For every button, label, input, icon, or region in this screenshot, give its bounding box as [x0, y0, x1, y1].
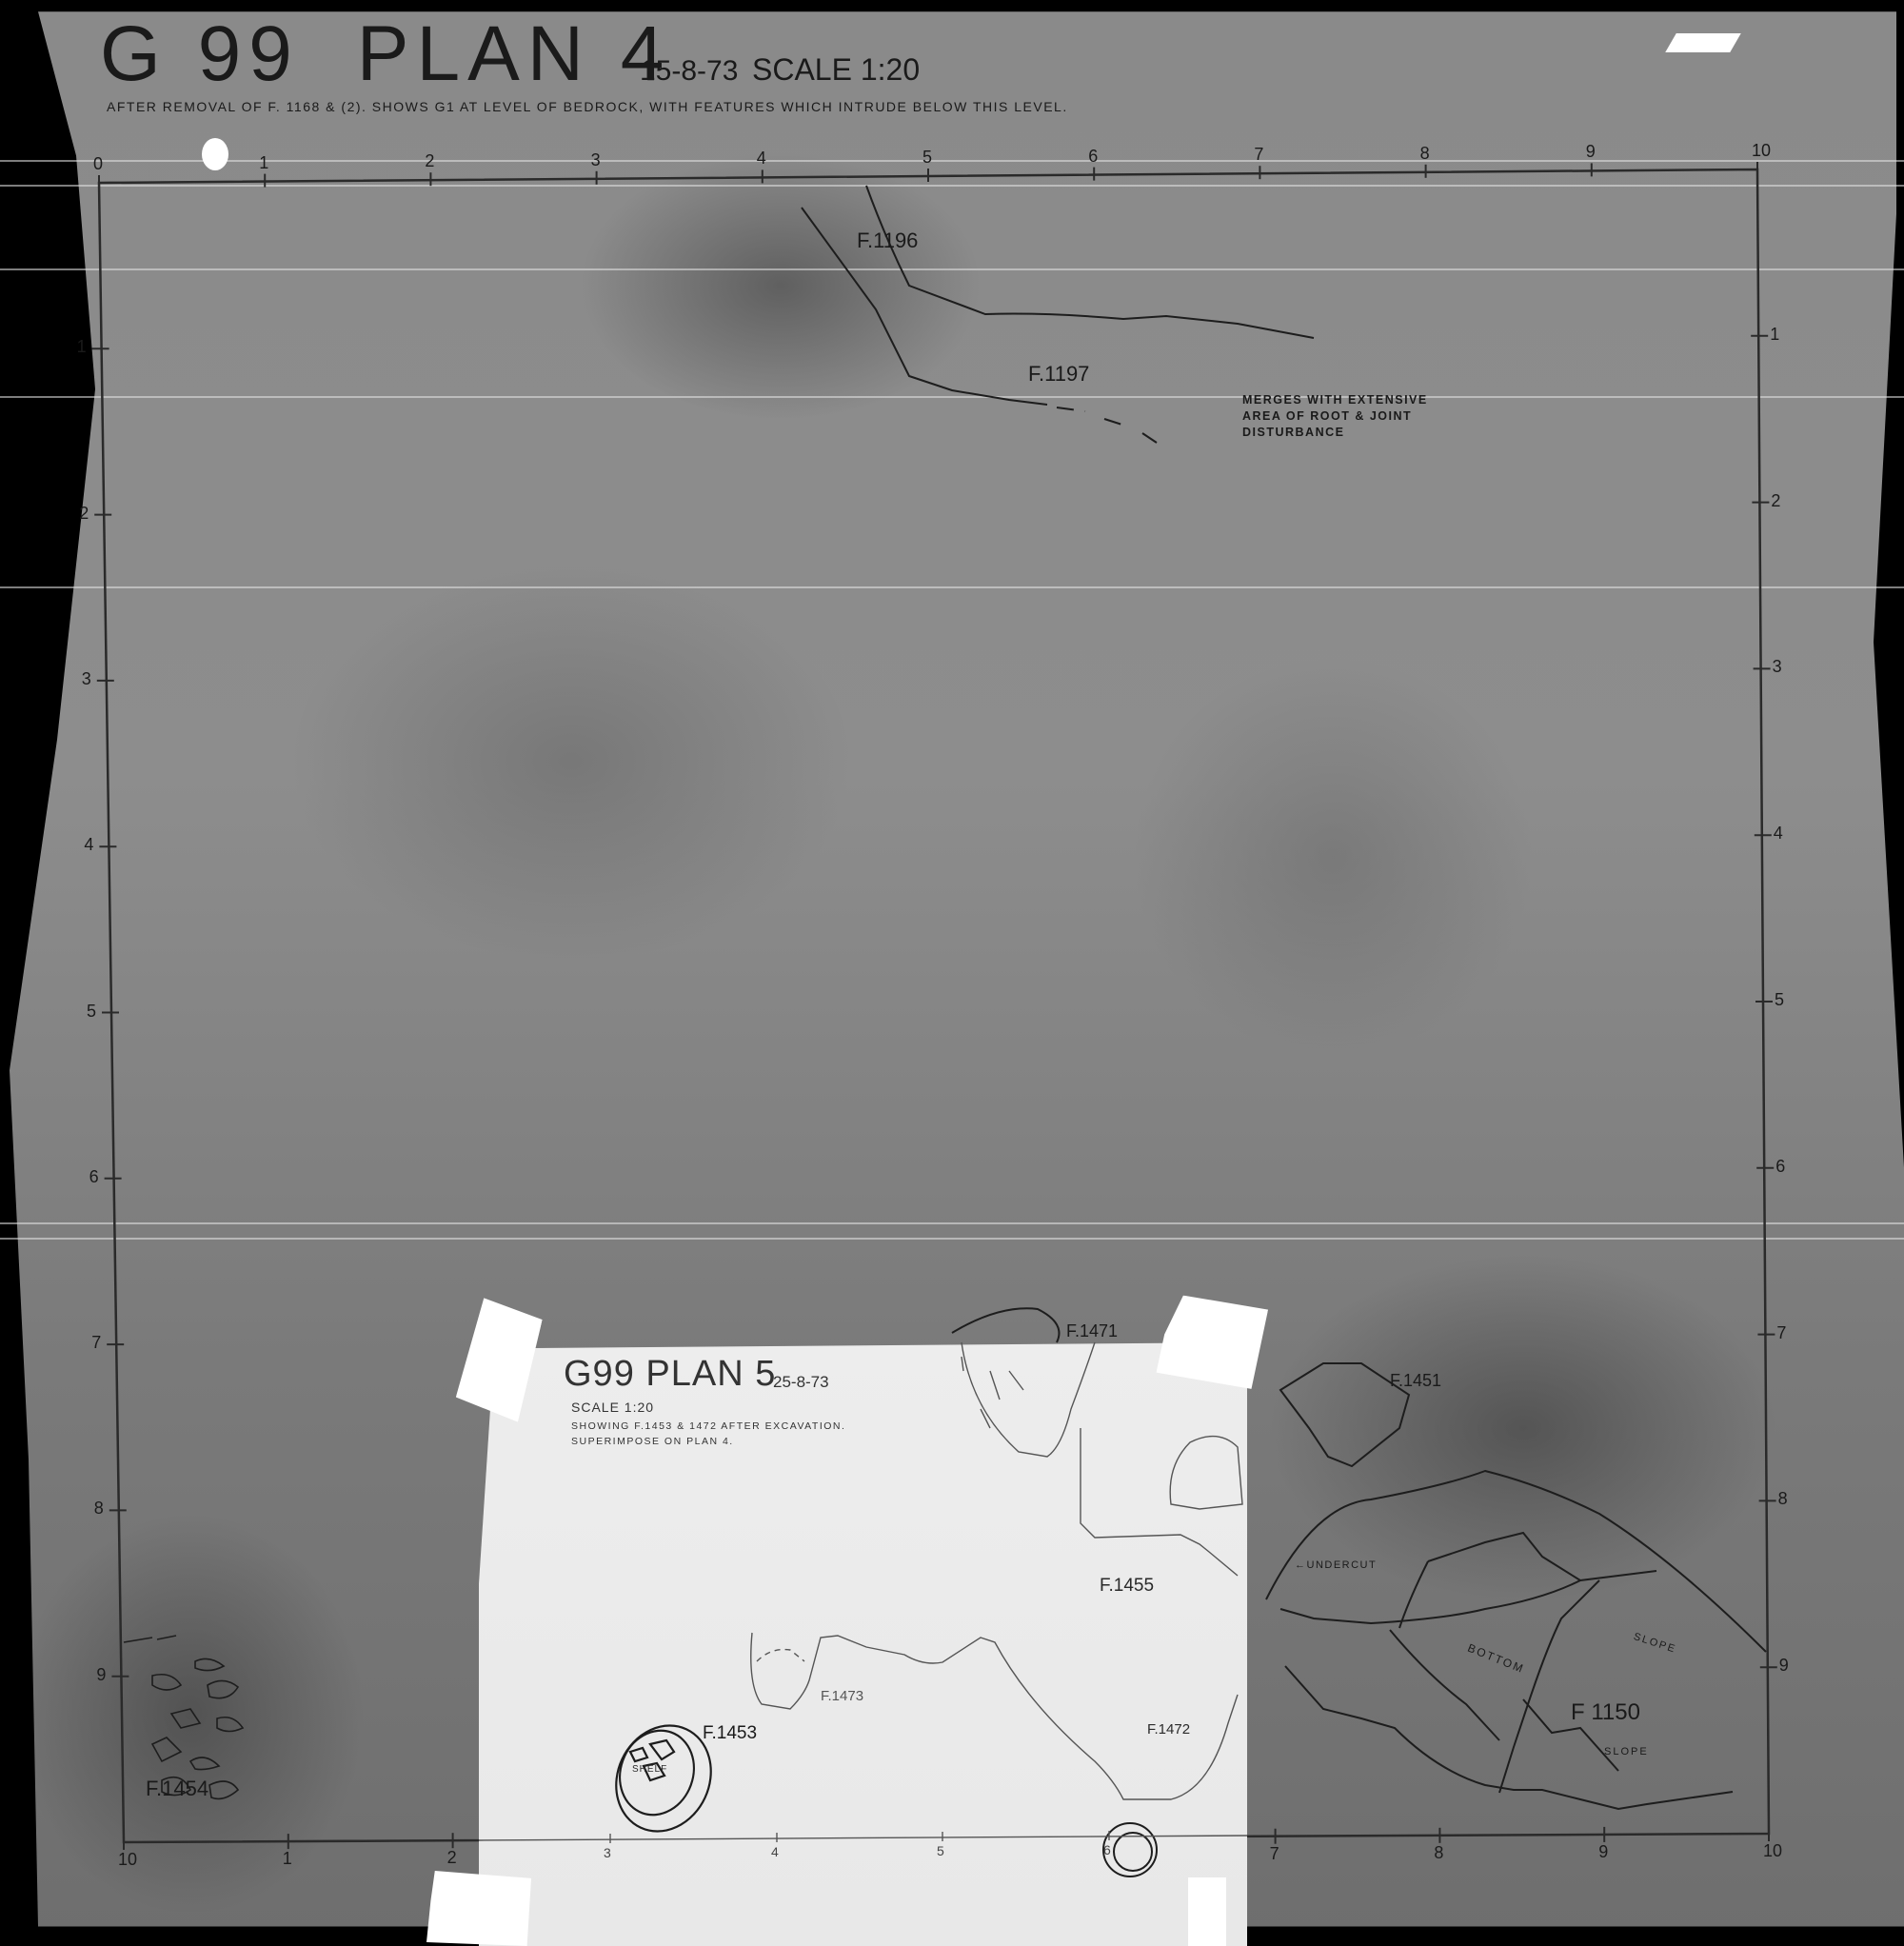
- grid-tick-label: 9: [1598, 1842, 1608, 1862]
- grid-tick-label: 8: [1420, 144, 1430, 164]
- grid-tick-label: 8: [94, 1499, 104, 1519]
- feature-label-f1473: F.1473: [821, 1688, 863, 1704]
- grid-tick-label: 4: [84, 835, 93, 855]
- grid-tick-label: 9: [96, 1665, 106, 1685]
- plan5-drawing: [0, 0, 1904, 1946]
- grid-tick-label: 0: [93, 154, 103, 174]
- grid-tick-label: 2: [79, 504, 89, 524]
- tape-strip: [426, 1871, 531, 1946]
- grid-tick-label: 4: [1774, 824, 1783, 844]
- grid-tick-label: 1: [283, 1849, 292, 1869]
- feature-label-f1472: F.1472: [1147, 1721, 1190, 1737]
- feature-label-f1455: F.1455: [1100, 1576, 1154, 1597]
- grid-tick-label: 10: [1752, 141, 1771, 161]
- plan5-date: 25-8-73: [773, 1373, 829, 1392]
- plan5-tick-label: 4: [771, 1844, 779, 1859]
- grid-tick-label: 5: [922, 148, 932, 168]
- grid-tick-label: 3: [591, 150, 601, 170]
- feature-label-f1453: F.1453: [703, 1723, 757, 1744]
- plan5-title: G99 PLAN 5: [564, 1354, 776, 1395]
- grid-tick-label: 9: [1779, 1656, 1789, 1676]
- grid-tick-label: 5: [87, 1002, 96, 1022]
- grid-tick-label: 8: [1778, 1489, 1788, 1509]
- grid-tick-label: 7: [1776, 1323, 1786, 1343]
- grid-tick-label: 3: [1773, 657, 1782, 677]
- grid-tick-label: 8: [1434, 1843, 1443, 1863]
- plan5-scale: SCALE 1:20: [571, 1400, 654, 1415]
- grid-tick-label: 2: [447, 1848, 457, 1868]
- plan5-tick-label: 6: [1103, 1842, 1111, 1857]
- plan5-desc-line: SUPERIMPOSE ON PLAN 4.: [571, 1434, 845, 1449]
- grid-tick-label: 7: [1254, 145, 1263, 165]
- grid-tick-label: 2: [1771, 491, 1780, 511]
- grid-tick-label: 4: [757, 149, 766, 169]
- annotation-shelf: SHELF: [632, 1764, 667, 1775]
- plan5-description: SHOWING F.1453 & 1472 AFTER EXCAVATION. …: [571, 1419, 845, 1449]
- archaeological-plan-sheet: G 99PLAN 4 15-8-73 SCALE 1:20 AFTER REMO…: [0, 0, 1904, 1946]
- tape-strip: [1188, 1877, 1226, 1946]
- grid-tick-label: 1: [77, 337, 87, 357]
- grid-tick-label: 1: [259, 153, 268, 173]
- grid-tick-label: 7: [91, 1333, 101, 1353]
- grid-tick-label: 2: [425, 151, 434, 171]
- grid-tick-label: 6: [1088, 147, 1098, 167]
- grid-tick-label: 5: [1775, 990, 1784, 1010]
- grid-tick-label: 6: [89, 1167, 99, 1187]
- pit-f1472: [1103, 1823, 1157, 1876]
- plan5-tick-label: 3: [604, 1845, 611, 1860]
- grid-tick-label: 6: [1775, 1157, 1785, 1177]
- grid-tick-label: 7: [1270, 1844, 1279, 1864]
- plan5-tick-label: 5: [937, 1843, 944, 1858]
- grid-tick-label: 10: [118, 1850, 137, 1870]
- plan5-desc-line: SHOWING F.1453 & 1472 AFTER EXCAVATION.: [571, 1419, 845, 1434]
- grid-tick-label: 10: [1763, 1841, 1782, 1861]
- grid-tick-label: 9: [1586, 142, 1596, 162]
- grid-tick-label: 3: [82, 669, 91, 689]
- grid-tick-label: 1: [1770, 325, 1779, 345]
